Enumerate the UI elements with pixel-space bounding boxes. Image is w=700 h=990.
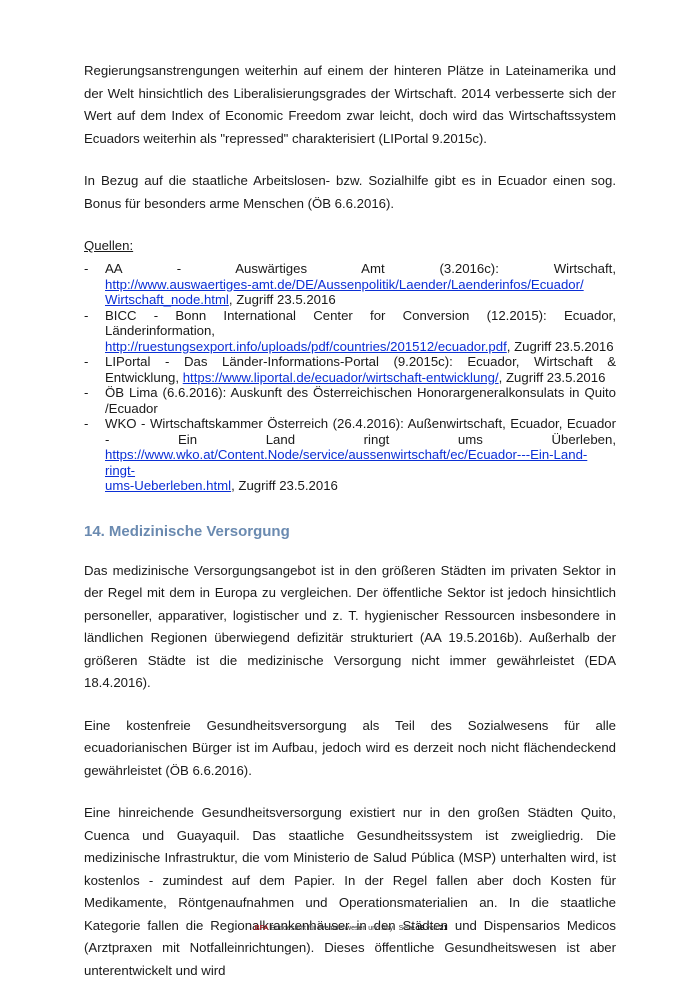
bfa-logo: .BFA (253, 925, 269, 932)
footer-page-label: Seite (399, 925, 415, 932)
footer-page-number: 18 (417, 925, 425, 932)
paragraph-healthcare-system: Eine hinreichende Gesundheitsversorgung … (84, 802, 616, 982)
source-access-date: , Zugriff 23.5.2016 (231, 478, 338, 493)
source-link[interactable]: https://www.wko.at/Content.Node/service/… (105, 447, 587, 493)
source-link[interactable]: http://www.auswaertiges-amt.de/DE/Aussen… (105, 277, 584, 308)
source-access-date: , Zugriff 23.5.2016 (499, 370, 606, 385)
sources-list: - AA - Auswärtiges Amt (3.2016c): Wirtsc… (84, 261, 616, 494)
footer-of-label: von (426, 925, 437, 932)
source-text: WKO - Wirtschaftskammer Österreich (26.4… (105, 416, 616, 447)
section-number: 14. (84, 523, 105, 540)
source-access-date: , Zugriff 23.5.2016 (229, 292, 336, 307)
source-access-date: , Zugriff 23.5.2016 (507, 339, 614, 354)
footer-page-total: 21 (440, 925, 448, 932)
paragraph-free-healthcare: Eine kostenfreie Gesundheitsversorgung a… (84, 715, 616, 783)
list-dash: - (84, 261, 88, 277)
list-dash: - (84, 385, 88, 401)
source-text: AA - Auswärtiges Amt (3.2016c): Wirtscha… (105, 261, 616, 277)
source-item: - LIPortal - Das Länder-Informations-Por… (84, 354, 616, 385)
section-heading: 14.Medizinische Versorgung (84, 522, 616, 542)
paragraph-social-aid: In Bezug auf die staatliche Arbeitslosen… (84, 170, 616, 215)
paragraph-medical-overview: Das medizinische Versorgungsangebot ist … (84, 560, 616, 695)
footer-org: Bundesamt für Fremdenwesen und Asyl (271, 925, 395, 932)
sources-heading: Quellen: (84, 237, 616, 255)
list-dash: - (84, 354, 88, 370)
source-item: - ÖB Lima (6.6.2016): Auskunft des Öster… (84, 385, 616, 416)
section-title: Medizinische Versorgung (109, 523, 290, 540)
list-dash: - (84, 308, 88, 324)
paragraph-economy: Regierungsanstrengungen weiterhin auf ei… (84, 60, 616, 150)
document-page: Regierungsanstrengungen weiterhin auf ei… (84, 60, 616, 982)
source-text: ÖB Lima (6.6.2016): Auskunft des Österre… (105, 385, 616, 416)
source-item: - WKO - Wirtschaftskammer Österreich (26… (84, 416, 616, 494)
list-dash: - (84, 416, 88, 432)
source-link[interactable]: https://www.liportal.de/ecuador/wirtscha… (183, 370, 499, 385)
source-item: - BICC - Bonn International Center for C… (84, 308, 616, 355)
source-item: - AA - Auswärtiges Amt (3.2016c): Wirtsc… (84, 261, 616, 308)
source-text: BICC - Bonn International Center for Con… (105, 308, 616, 339)
page-footer: .BFA Bundesamt für Fremdenwesen und Asyl… (0, 925, 700, 932)
source-link[interactable]: http://ruestungsexport.info/uploads/pdf/… (105, 339, 507, 354)
